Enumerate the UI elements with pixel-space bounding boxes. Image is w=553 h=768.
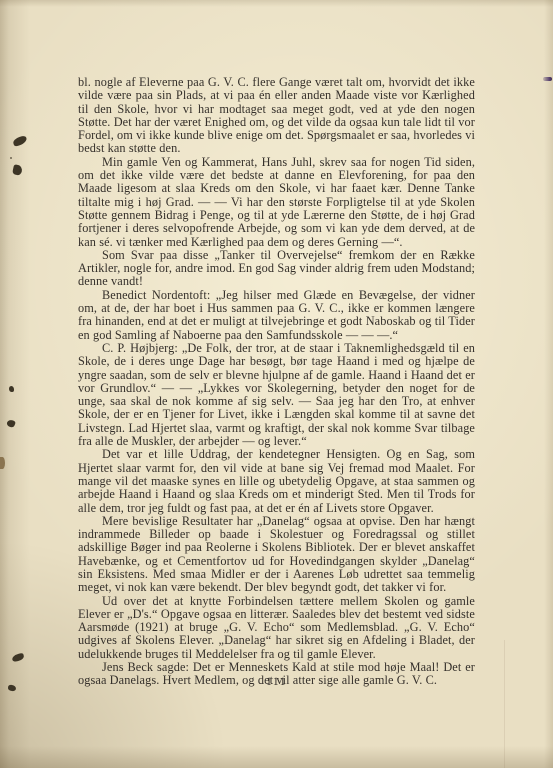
paper-stain xyxy=(0,457,5,469)
body-paragraph: Som Svar paa disse „Tanker til Overvejel… xyxy=(78,249,475,289)
ink-speck xyxy=(12,164,23,176)
ink-speck xyxy=(11,653,24,663)
body-paragraph: Det var et lille Uddrag, der kendetegner… xyxy=(78,448,475,514)
body-paragraph: Benedict Nordentoft: „Jeg hilser med Glæ… xyxy=(78,289,475,342)
ink-speck xyxy=(8,684,17,691)
ink-speck xyxy=(9,386,14,392)
pen-mark xyxy=(543,77,552,81)
body-paragraph: C. P. Højbjerg: „De Folk, der tror, at d… xyxy=(78,342,475,448)
page-body: bl. nogle af Eleverne paa G. V. C. flere… xyxy=(78,76,475,688)
ink-speck xyxy=(12,135,28,147)
paper-crease xyxy=(504,640,505,768)
body-paragraph: Ud over det at knytte Forbindelsen tætte… xyxy=(78,595,475,661)
ink-speck xyxy=(10,157,12,159)
body-paragraph: bl. nogle af Eleverne paa G. V. C. flere… xyxy=(78,76,475,156)
ink-speck xyxy=(6,419,16,428)
page-number: 111 xyxy=(0,676,553,688)
body-paragraph: Min gamle Ven og Kammerat, Hans Juhl, sk… xyxy=(78,156,475,249)
body-paragraph: Mere bevislige Resultater har „Danelag“ … xyxy=(78,515,475,595)
scanned-book-page: bl. nogle af Eleverne paa G. V. C. flere… xyxy=(0,0,553,768)
